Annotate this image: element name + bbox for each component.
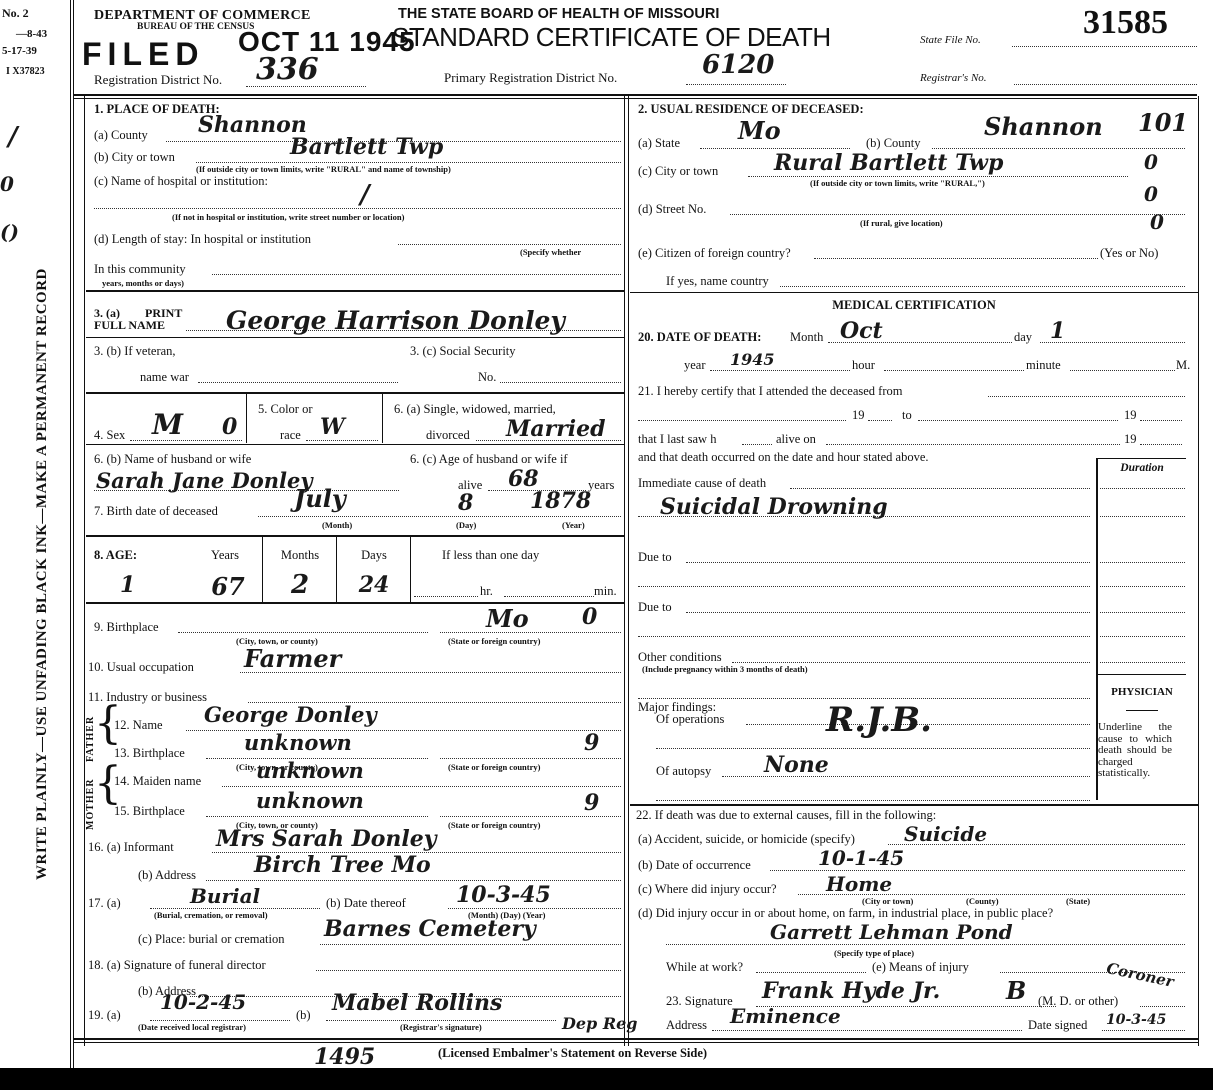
external-d-label: (d) Did injury occur in or about home, o… <box>638 906 1053 921</box>
registrar-signature-value[interactable]: Mabel Rollins <box>332 990 502 1016</box>
birthplace-label: 9. Birthplace <box>94 620 159 635</box>
signature-address-line <box>712 1030 1022 1031</box>
residence-city-note: (If outside city or town limits, write "… <box>810 178 985 188</box>
informant-label: 16. (a) Informant <box>88 840 174 855</box>
spouse-age-unit: years <box>588 478 614 493</box>
birth-date-line <box>258 516 621 517</box>
certify-text: 21. I hereby certify that I attended the… <box>638 384 902 399</box>
external-d-line <box>666 944 1185 945</box>
form-bottom-rule <box>74 1038 1198 1040</box>
margin-mark-3: () <box>0 220 19 244</box>
stay-line <box>398 244 621 245</box>
external-d-note: (Specify type of place) <box>834 948 914 958</box>
signature-suffix: B <box>1006 976 1026 1005</box>
age-days-value[interactable]: 24 <box>338 572 410 598</box>
community-label: In this community <box>94 262 186 277</box>
attend-to-line <box>918 420 1118 421</box>
operations-line-2 <box>656 748 1090 749</box>
race-line <box>306 440 378 441</box>
due-to-duration-2b <box>1100 636 1185 637</box>
burial-date-label: (b) Date thereof <box>326 896 406 911</box>
informant-value[interactable]: Mrs Sarah Donley <box>216 826 437 852</box>
due-to-line-2b <box>638 636 1090 637</box>
duration-label: Duration <box>1098 462 1186 474</box>
death-occurred-text: and that death occurred on the date and … <box>638 450 929 465</box>
registrar-title: Dep Reg <box>562 1014 637 1033</box>
spouse-value[interactable]: Sarah Jane Donley <box>96 468 313 493</box>
occupation-label: 10. Usual occupation <box>88 660 194 675</box>
birth-month-value[interactable]: July <box>294 484 346 513</box>
primary-district-value: 6120 <box>702 50 774 80</box>
alive-on-label: alive on <box>776 432 816 447</box>
filed-stamp: FILED <box>82 36 204 73</box>
attend-from-19: 19 <box>852 408 865 423</box>
right-column-right-border <box>1198 96 1199 1046</box>
left-column-right-border-2 <box>628 96 629 1046</box>
occupation-value[interactable]: Farmer <box>244 644 341 673</box>
father-name-value[interactable]: George Donley <box>204 702 377 727</box>
external-c-city-note: (City or town) <box>862 896 913 906</box>
other-conditions-label: Other conditions <box>638 650 722 665</box>
burial-date-value[interactable]: 10-3-45 <box>456 882 551 908</box>
death-month-label: Month <box>790 330 823 345</box>
street-code-1: 0 <box>1144 182 1158 206</box>
mother-birthplace-label: 15. Birthplace <box>114 804 185 819</box>
race-label-2: race <box>280 428 301 443</box>
country-label: If yes, name country <box>666 274 769 289</box>
margin-code-3: I X37823 <box>6 66 45 77</box>
external-d-value[interactable]: Garrett Lehman Pond <box>770 920 1013 944</box>
age-divider-1 <box>262 537 263 603</box>
residence-city-line <box>748 176 1128 177</box>
marital-label-2: divorced <box>426 428 470 443</box>
footer-number: 1495 <box>314 1044 375 1070</box>
mother-state-note: (State or foreign country) <box>448 820 540 830</box>
due-to-line-2 <box>686 612 1090 613</box>
form-border-left <box>70 0 71 1068</box>
signature-role-label: (M. D. or other) <box>1038 994 1118 1009</box>
signature-role-value: Coroner <box>1105 959 1175 991</box>
attend-to-label: to <box>902 408 912 423</box>
burial-place-value[interactable]: Barnes Cemetery <box>324 916 536 942</box>
mother-maiden-value[interactable]: unknown <box>256 758 364 783</box>
margin-mark-1: / <box>8 122 18 152</box>
stay-note: (Specify whether <box>520 247 581 257</box>
registration-district-value: 336 <box>256 52 319 87</box>
autopsy-label: Of autopsy <box>656 764 711 779</box>
minutes-line <box>504 596 594 597</box>
section-rule-2 <box>86 392 624 394</box>
external-c-state-note: (State) <box>1066 896 1090 906</box>
death-month-value[interactable]: Oct <box>840 318 883 344</box>
external-b-label: (b) Date of occurrence <box>638 858 751 873</box>
state-board-heading: THE STATE BOARD OF HEALTH OF MISSOURI <box>398 6 719 22</box>
birth-day-value[interactable]: 8 <box>458 490 473 516</box>
primary-district-label: Primary Registration District No. <box>444 70 617 86</box>
community-line <box>212 274 621 275</box>
informant-address-label: (b) Address <box>138 868 196 883</box>
burial-line <box>150 908 320 909</box>
registrars-no-line <box>1014 84 1197 85</box>
margin-code-2: 5-17-39 <box>2 45 37 57</box>
other-line-2 <box>638 698 1090 699</box>
social-security-label: 3. (c) Social Security <box>410 344 516 359</box>
age-mark: 1 <box>120 572 135 598</box>
residence-county-label: (b) County <box>866 136 921 151</box>
death-hour-line <box>884 370 1024 371</box>
street-code-2: 0 <box>1150 210 1164 234</box>
death-city-label: (b) City or town <box>94 150 175 165</box>
other-duration-line <box>1100 662 1185 663</box>
last-saw-label: that I last saw h <box>638 432 716 447</box>
left-column-right-border <box>624 96 625 1046</box>
birth-year-note: (Year) <box>562 520 585 530</box>
father-state-value[interactable]: 9 <box>584 730 599 756</box>
physician-initials: R.J.B. <box>826 700 932 740</box>
hospital-line <box>94 208 621 209</box>
registrar-date-note: (Date received local registrar) <box>138 1022 246 1032</box>
residence-county-code: 101 <box>1138 108 1188 137</box>
street-line <box>730 214 1185 215</box>
external-a-value[interactable]: Suicide <box>904 822 987 846</box>
attend-to-19: 19 <box>1124 408 1137 423</box>
left-column-left-border <box>84 96 85 1046</box>
other-conditions-line <box>732 662 1090 663</box>
burial-value[interactable]: Burial <box>190 884 260 908</box>
registrar-label: 19. (a) <box>88 1008 121 1023</box>
registrar-b-label: (b) <box>296 1008 311 1023</box>
age-months-value[interactable]: 2 <box>264 570 336 600</box>
physician-label: PHYSICIAN <box>1098 686 1186 698</box>
age-divider-2 <box>336 537 337 603</box>
bureau-heading: BUREAU OF THE CENSUS <box>137 22 254 32</box>
attend-from-line <box>638 420 846 421</box>
death-minute-label: minute <box>1026 358 1061 373</box>
citizen-label: (e) Citizen of foreign country? <box>638 246 791 261</box>
citizen-note: (Yes or No) <box>1100 246 1158 261</box>
due-to-line-1 <box>686 562 1090 563</box>
residence-city-label: (c) City or town <box>638 164 718 179</box>
father-state-note: (State or foreign country) <box>448 762 540 772</box>
minutes-label: min. <box>594 584 617 599</box>
death-hour-label: hour <box>852 358 875 373</box>
residence-state-value[interactable]: Mo <box>738 116 781 145</box>
mother-birthplace-line <box>206 816 428 817</box>
autopsy-line-2 <box>656 800 1090 801</box>
attend-to-year-line <box>1140 420 1182 421</box>
marital-value[interactable]: Married <box>506 416 606 442</box>
age-years-value[interactable]: 67 <box>198 572 258 601</box>
country-line <box>780 286 1185 287</box>
hours-line <box>414 596 478 597</box>
age-years-label: Years <box>190 548 260 563</box>
form-number: No. 2 <box>2 6 29 21</box>
street-label: (d) Street No. <box>638 202 706 217</box>
date-signed-label: Date signed <box>1028 1018 1087 1033</box>
state-file-number: 31585 <box>1083 4 1168 42</box>
attend-from-year-line <box>868 420 892 421</box>
death-m-label: M. <box>1176 358 1190 373</box>
funeral-signature-label: 18. (a) Signature of funeral director <box>88 958 266 973</box>
birthplace-mark: 0 <box>582 604 597 630</box>
mother-state-line <box>440 816 621 817</box>
informant-address-line <box>206 880 621 881</box>
ss-no-label: No. <box>478 370 496 385</box>
birthplace-state-value[interactable]: Mo <box>486 604 529 633</box>
hospital-note: (If not in hospital or institution, writ… <box>172 212 404 222</box>
margin-mark-2: 0 <box>0 172 14 196</box>
birth-day-note: (Day) <box>456 520 476 530</box>
death-minute-line <box>1070 370 1175 371</box>
marital-label-1: 6. (a) Single, widowed, married, <box>394 402 556 417</box>
form-border-left-inner <box>73 0 74 1068</box>
alive-on-line <box>826 444 1120 445</box>
name-war-line <box>198 382 398 383</box>
physician-rule <box>1126 710 1158 711</box>
death-day-label: day <box>1014 330 1032 345</box>
hospital-label: (c) Name of hospital or institution: <box>94 174 268 189</box>
burial-place-line <box>320 944 621 945</box>
immediate-duration-line <box>1100 488 1185 489</box>
age-days-label: Days <box>338 548 410 563</box>
hospital-value[interactable]: / <box>360 180 370 210</box>
due-to-label-1: Due to <box>638 550 672 565</box>
signature-address-value[interactable]: Eminence <box>730 1004 841 1028</box>
burial-place-label: (c) Place: burial or cremation <box>138 932 284 947</box>
primary-district-line <box>686 84 786 85</box>
race-value[interactable]: W <box>320 414 345 440</box>
death-year-value[interactable]: 1945 <box>730 350 775 369</box>
registration-district-label: Registration District No. <box>94 72 222 88</box>
immediate-cause-value[interactable]: Suicidal Drowning <box>660 494 888 520</box>
father-state-line <box>440 758 621 759</box>
mother-maiden-line <box>222 786 621 787</box>
burial-note: (Burial, cremation, or removal) <box>154 910 268 920</box>
full-name-rule <box>86 337 624 338</box>
age-label: 8. AGE: <box>94 548 137 563</box>
scan-border <box>0 1068 1213 1090</box>
signature-value[interactable]: Frank Hyde Jr. <box>762 978 940 1004</box>
residence-city-code: 0 <box>1144 150 1158 174</box>
registrar-signature-note: (Registrar's signature) <box>400 1022 482 1032</box>
death-city-line <box>196 162 621 163</box>
father-birthplace-value[interactable]: unknown <box>244 730 352 755</box>
less-than-day-label: If less than one day <box>442 548 539 563</box>
section-rule-5 <box>86 602 624 604</box>
race-label-1: 5. Color or <box>258 402 313 417</box>
spouse-label: 6. (b) Name of husband or wife <box>94 452 251 467</box>
state-file-line <box>1012 46 1197 47</box>
autopsy-value[interactable]: None <box>764 752 829 778</box>
immediate-duration-line-2 <box>1100 516 1185 517</box>
external-c-label: (c) Where did injury occur? <box>638 882 777 897</box>
signature-label: 23. Signature <box>666 994 733 1009</box>
medical-heading: MEDICAL CERTIFICATION <box>630 298 1198 313</box>
sex-line <box>130 440 242 441</box>
duration-bottom-rule <box>1096 674 1186 675</box>
immediate-cause-label: Immediate cause of death <box>638 476 766 491</box>
residence-state-line <box>700 148 850 149</box>
date-signed-line <box>1102 1030 1185 1031</box>
external-c-county-note: (County) <box>966 896 999 906</box>
registrar-date-line <box>150 1020 290 1021</box>
immediate-cause-line <box>790 488 1090 489</box>
header-rule <box>74 94 1197 96</box>
death-day-value[interactable]: 1 <box>1050 318 1065 344</box>
while-at-work-label: While at work? <box>666 960 743 975</box>
residence-county-line <box>932 148 1185 149</box>
veteran-label: 3. (b) If veteran, <box>94 344 176 359</box>
external-c-value[interactable]: Home <box>826 872 892 896</box>
section-rule-4 <box>86 535 624 537</box>
residence-heading: 2. USUAL RESIDENCE OF DECEASED: <box>638 102 864 117</box>
birth-month-note: (Month) <box>322 520 352 530</box>
external-b-value[interactable]: 10-1-45 <box>818 846 904 870</box>
name-war-label: name war <box>140 370 189 385</box>
father-name-label: 12. Name <box>114 718 163 733</box>
hours-label: hr. <box>480 584 493 599</box>
external-a-label: (a) Accident, suicide, or homicide (spec… <box>638 832 855 847</box>
age-divider-3 <box>410 537 411 603</box>
medical-bottom-rule <box>630 804 1198 806</box>
operations-label: Of operations <box>656 712 724 727</box>
registrar-date-value[interactable]: 10-2-45 <box>160 990 246 1014</box>
informant-address-value[interactable]: Birch Tree Mo <box>254 852 431 878</box>
mother-maiden-label: 14. Maiden name <box>114 774 201 789</box>
embalmer-note: (Licensed Embalmer's Statement on Revers… <box>438 1046 707 1061</box>
death-year-label: year <box>684 358 706 373</box>
ink-instruction: WRITE PLAINLY—USE UNFADING BLACK INK—MAK… <box>34 268 51 880</box>
duration-top-rule <box>1096 458 1186 459</box>
birthplace-state-note: (State or foreign country) <box>448 636 540 646</box>
signature-role-line <box>1140 1006 1185 1007</box>
other-conditions-note: (Include pregnancy within 3 months of de… <box>642 664 808 674</box>
alive-on-19: 19 <box>1124 432 1137 447</box>
sex-mark: 0 <box>222 414 237 440</box>
stay-label: (d) Length of stay: In hospital or insti… <box>94 232 311 247</box>
registrar-signature-line <box>326 1020 556 1021</box>
last-saw-pronoun-line <box>742 444 772 445</box>
residence-rule <box>630 292 1198 293</box>
residence-city-value[interactable]: Rural Bartlett Twp <box>774 150 1003 176</box>
death-city-value[interactable]: Bartlett Twp <box>290 134 443 160</box>
header-rule-2 <box>74 98 1197 99</box>
underline-note: Underline the cause to which death shoul… <box>1098 722 1172 780</box>
while-at-work-line <box>756 972 866 973</box>
registrars-no-label: Registrar's No. <box>920 72 987 84</box>
external-b-line <box>770 870 1185 871</box>
father-birthplace-label: 13. Birthplace <box>114 746 185 761</box>
signature-address-label: Address <box>666 1018 707 1033</box>
external-heading: 22. If death was due to external causes,… <box>636 808 936 823</box>
birth-year-value[interactable]: 1878 <box>530 488 591 514</box>
margin-code-1: —8-43 <box>16 28 47 40</box>
death-year-line <box>710 370 850 371</box>
sex-value[interactable]: M <box>152 408 183 441</box>
death-date-label: 20. DATE OF DEATH: <box>638 330 761 345</box>
age-months-label: Months <box>264 548 336 563</box>
ss-no-line <box>500 382 621 383</box>
street-note: (If rural, give location) <box>860 218 943 228</box>
due-to-duration-1 <box>1100 562 1185 563</box>
full-name-value[interactable]: George Harrison Donley <box>226 306 565 335</box>
spouse-age-label-1: 6. (c) Age of husband or wife if <box>410 452 568 467</box>
citizen-line <box>814 258 1098 259</box>
certificate-title: STANDARD CERTIFICATE OF DEATH <box>392 22 831 53</box>
section-rule-1 <box>86 290 624 292</box>
race-marital-divider <box>382 393 383 443</box>
due-to-duration-2 <box>1100 612 1185 613</box>
due-to-label-2: Due to <box>638 600 672 615</box>
birthplace-state-line <box>440 632 621 633</box>
death-city-note: (If outside city or town limits, write "… <box>196 164 451 174</box>
mother-state-value[interactable]: 9 <box>584 790 599 816</box>
sex-label: 4. Sex <box>94 428 125 443</box>
residence-county-value[interactable]: Shannon <box>984 112 1103 141</box>
means-of-injury-label: (e) Means of injury <box>872 960 969 975</box>
form-bottom-rule-2 <box>74 1042 1198 1043</box>
certify-line <box>988 396 1185 397</box>
full-name-label: FULL NAME <box>94 318 165 333</box>
section-rule-3 <box>86 444 624 445</box>
date-signed-value[interactable]: 10-3-45 <box>1106 1012 1166 1028</box>
community-note: years, months or days) <box>102 278 184 288</box>
mother-birthplace-value[interactable]: unknown <box>256 788 364 813</box>
due-to-line-1b <box>638 586 1090 587</box>
death-county-label: (a) County <box>94 128 148 143</box>
birthplace-city-line <box>178 632 428 633</box>
residence-state-label: (a) State <box>638 136 680 151</box>
sex-race-divider <box>246 393 247 443</box>
state-file-label: State File No. <box>920 34 981 46</box>
funeral-signature-line <box>316 970 621 971</box>
burial-label: 17. (a) <box>88 896 121 911</box>
birth-date-label: 7. Birth date of deceased <box>94 504 218 519</box>
burial-date-line <box>448 908 621 909</box>
due-to-duration-1b <box>1100 586 1185 587</box>
alive-on-year-line <box>1140 444 1182 445</box>
